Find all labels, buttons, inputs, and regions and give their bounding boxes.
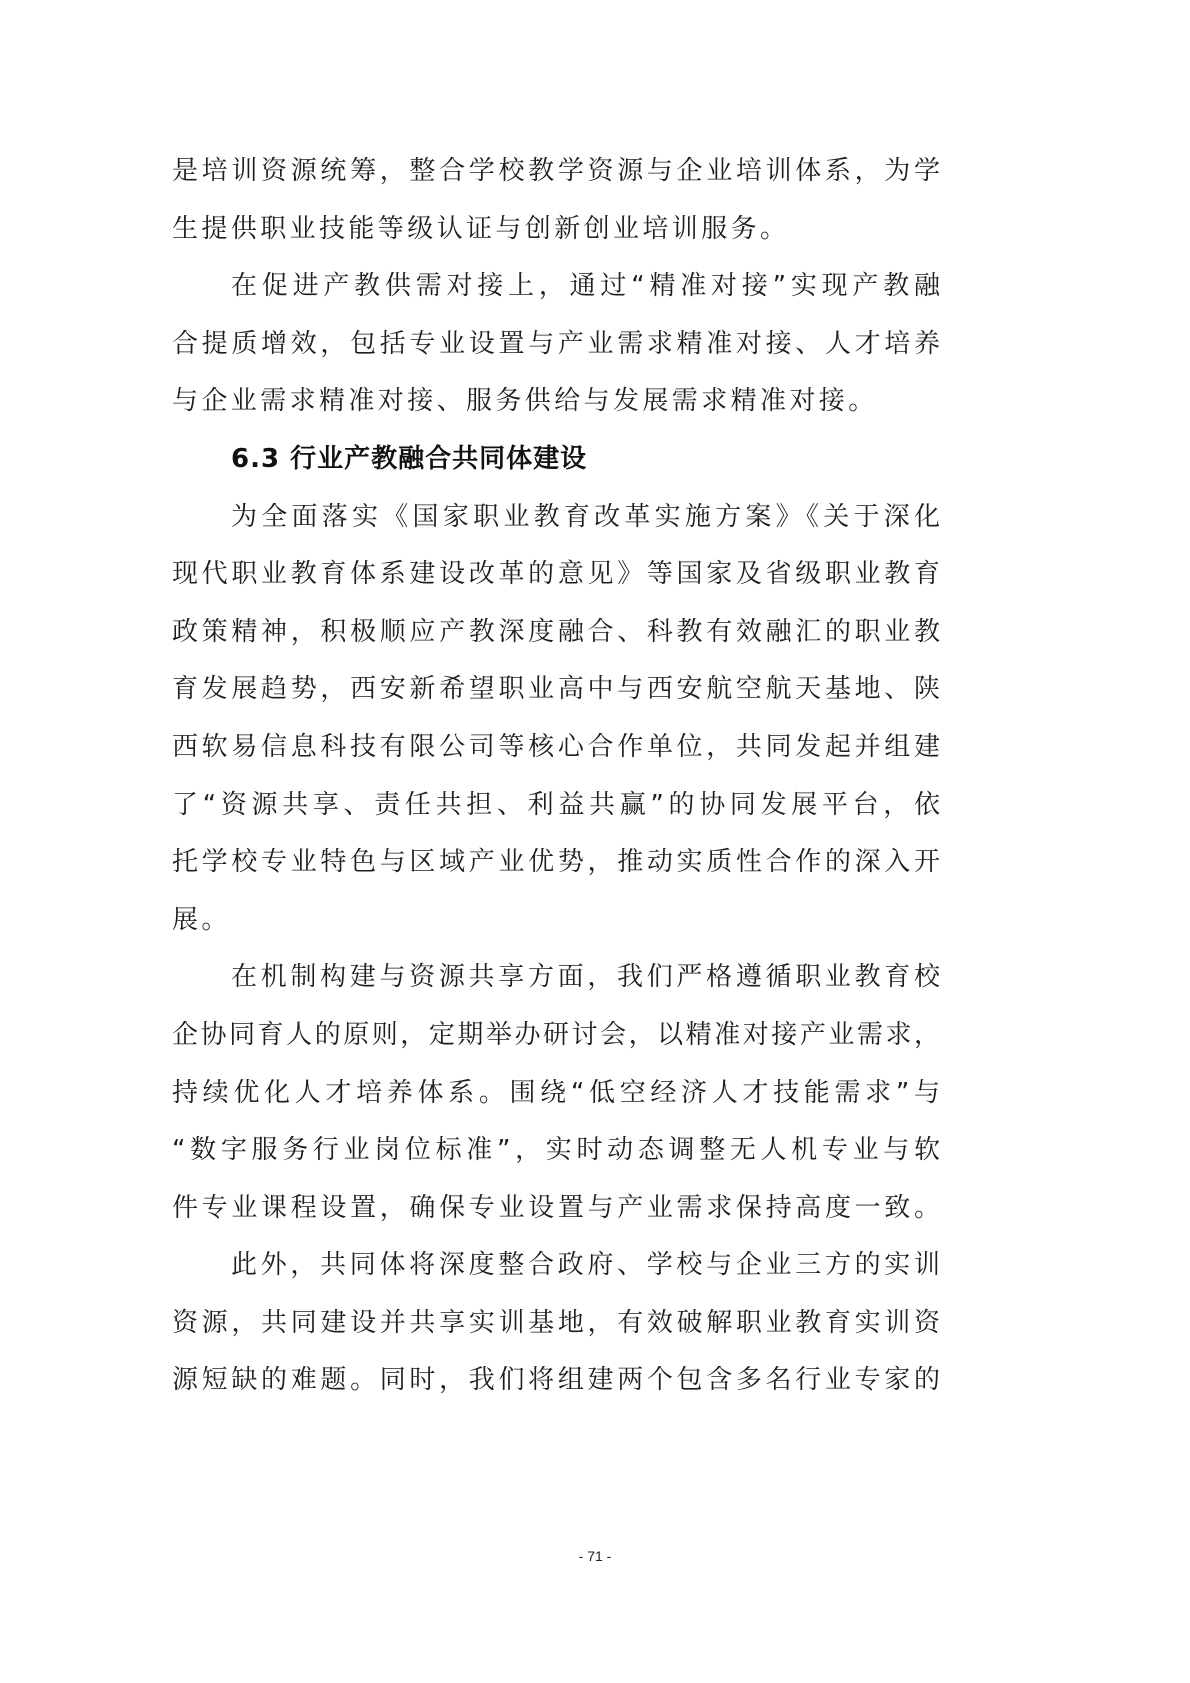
paragraph-line: 在机制构建与资源共享方面，我们严格遵循职业教育校 xyxy=(172,949,940,1007)
paragraph-line: 为全面落实《国家职业教育改革实施方案》《关于深化 xyxy=(172,489,940,547)
paragraph-line: 是培训资源统筹，整合学校教学资源与企业培训体系，为学 xyxy=(172,143,940,201)
body-text: 是培训资源统筹，整合学校教学资源与企业培训体系，为学 生提供职业技能等级认证与创… xyxy=(172,143,940,1410)
paragraph-line: 育发展趋势，西安新希望职业高中与西安航空航天基地、陕 xyxy=(172,661,940,719)
paragraph-line: 托学校专业特色与区域产业优势，推动实质性合作的深入开 xyxy=(172,834,940,892)
paragraph-line: 件专业课程设置，确保专业设置与产业需求保持高度一致。 xyxy=(172,1180,940,1238)
paragraph-line: 与企业需求精准对接、服务供给与发展需求精准对接。 xyxy=(172,373,940,431)
paragraph-line: 西软易信息科技有限公司等核心合作单位，共同发起并组建 xyxy=(172,719,940,777)
paragraph-line: 展。 xyxy=(172,892,940,950)
page-number: - 71 - xyxy=(0,1548,1190,1564)
paragraph-line: 企协同育人的原则，定期举办研讨会，以精准对接产业需求， xyxy=(172,1007,940,1065)
paragraph-line: 了“资源共享、责任共担、利益共赢”的协同发展平台，依 xyxy=(172,777,940,835)
paragraph-line: “数字服务行业岗位标准”，实时动态调整无人机专业与软 xyxy=(172,1122,940,1180)
document-page: 是培训资源统筹，整合学校教学资源与企业培训体系，为学 生提供职业技能等级认证与创… xyxy=(0,0,1190,1683)
paragraph-line: 资源，共同建设并共享实训基地，有效破解职业教育实训资 xyxy=(172,1295,940,1353)
paragraph-line: 持续优化人才培养体系。围绕“低空经济人才技能需求”与 xyxy=(172,1065,940,1123)
paragraph-line: 政策精神，积极顺应产教深度融合、科教有效融汇的职业教 xyxy=(172,604,940,662)
paragraph-line: 生提供职业技能等级认证与创新创业培训服务。 xyxy=(172,201,940,259)
paragraph-line: 在促进产教供需对接上，通过“精准对接”实现产教融 xyxy=(172,258,940,316)
paragraph-line: 合提质增效，包括专业设置与产业需求精准对接、人才培养 xyxy=(172,316,940,374)
paragraph-line: 源短缺的难题。同时，我们将组建两个包含多名行业专家的 xyxy=(172,1352,940,1410)
paragraph-line: 现代职业教育体系建设改革的意见》等国家及省级职业教育 xyxy=(172,546,940,604)
paragraph-line: 此外，共同体将深度整合政府、学校与企业三方的实训 xyxy=(172,1237,940,1295)
section-heading: 6.3 行业产教融合共同体建设 xyxy=(172,431,940,489)
